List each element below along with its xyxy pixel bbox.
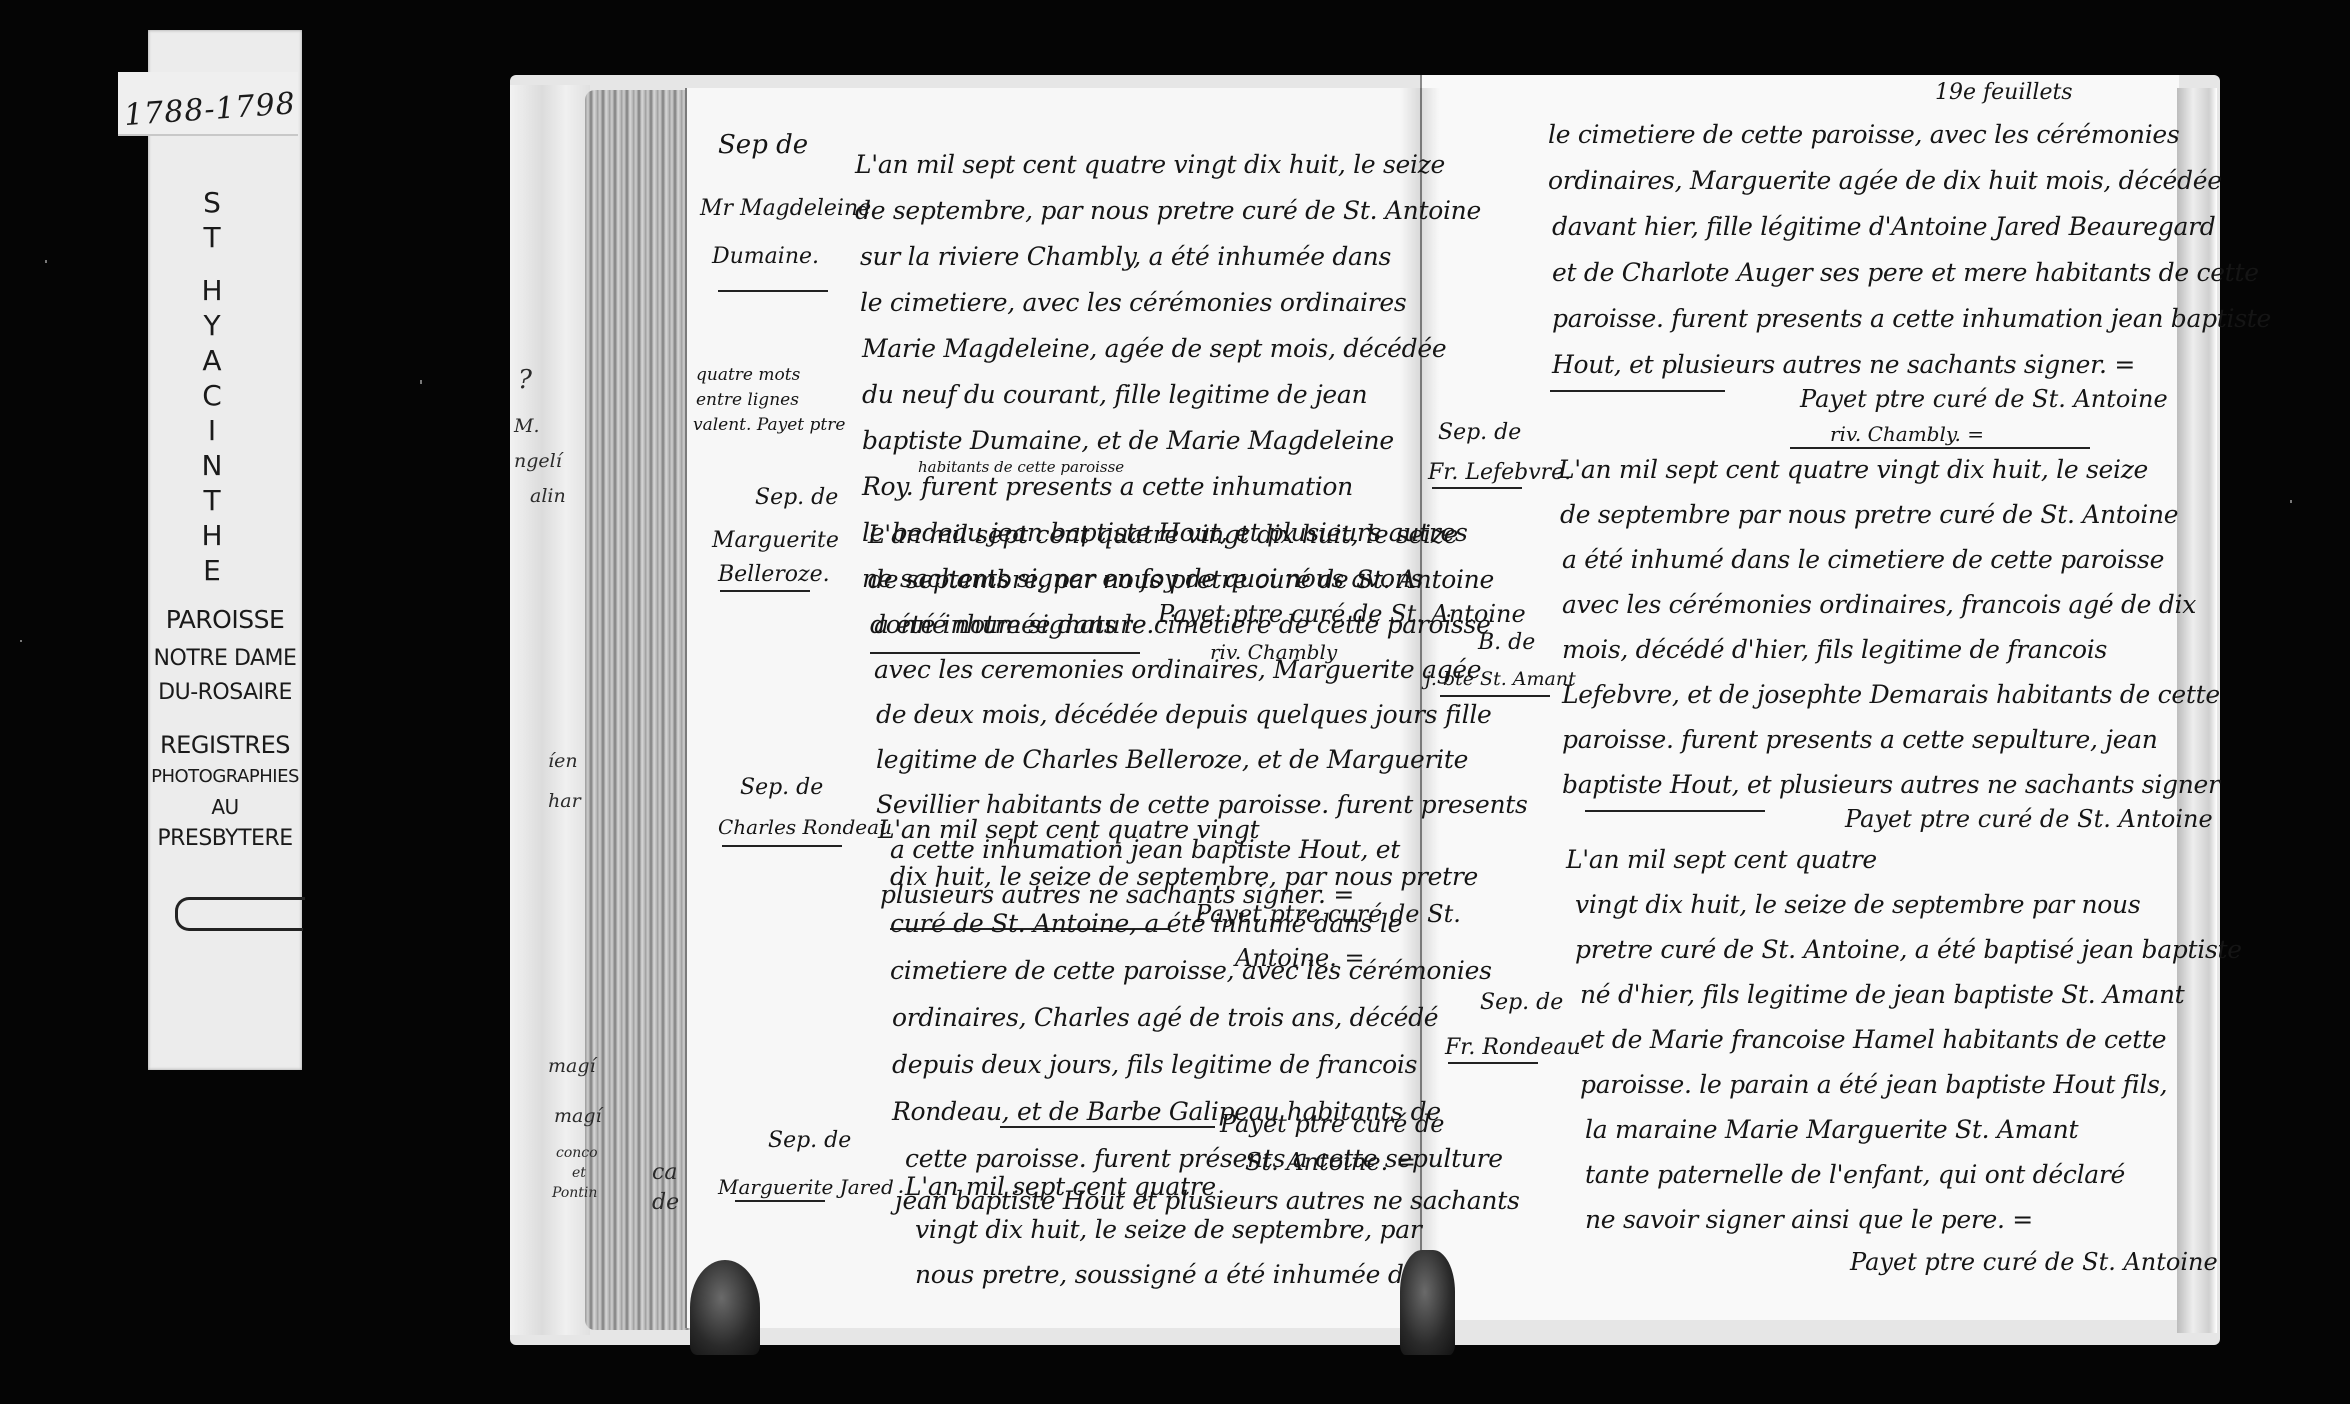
record-line: Marie Magdeleine, agée de sept mois, déc… [862,334,1446,363]
record-line: davant hier, fille légitime d'Antoine Ja… [1552,212,2215,241]
record-line: paroisse. le parain a été jean baptiste … [1580,1070,2167,1099]
record-line: du neuf du courant, fille legitime de je… [862,380,1367,409]
record-line: a été inhumé dans le cimetiere de cette … [1562,545,2164,574]
record-line: paroisse. furent presents a cette sepult… [1562,725,2158,754]
edge-fragment: et [572,1165,586,1181]
margin-note: Sep. de [740,775,823,800]
edge-fragment: magí [548,1055,596,1077]
record-line: le cimetiere de cette paroisse, avec les… [1548,120,2179,149]
scan-noise [20,640,22,642]
edge-fragment: íen [548,750,578,772]
margin-note: B. de [1478,630,1535,655]
record-line: vingt dix huit, le seize de septembre, p… [915,1215,1422,1244]
record-line: et de Marie francoise Hamel habitants de… [1580,1025,2166,1054]
record-line: et de Charlote Auger ses pere et mere ha… [1552,258,2259,287]
scan-noise [2290,500,2292,503]
record-line: né d'hier, fils legitime de jean baptist… [1580,980,2184,1009]
label-text: PAROISSE NOTRE DAME DU-ROSAIRE REGISTRES… [148,598,302,856]
record-line: a été inhumée dans le cimetiere de cette… [874,610,1491,639]
record-line: L'an mil sept cent quatre [1566,845,1877,874]
entry-divider [870,652,1140,654]
record-line: L'an mil sept cent quatre vingt [878,815,1259,844]
record-line: tante paternelle de l'enfant, qui ont dé… [1585,1160,2125,1189]
priest-signature: Payet ptre curé de St. Antoine [1845,805,2213,833]
margin-note: entre lignes [696,390,799,410]
parish-name-vertical: S T H Y A C I N T H E [162,185,262,588]
margin-note: Charles Rondeau [718,815,892,839]
folio-number: 19e feuillets [1935,80,2073,105]
thumb [1400,1250,1455,1355]
edge-fragment: ca [652,1160,677,1185]
margin-note: Mr Magdeleine [700,196,871,221]
edge-fragment: Pontin [552,1185,597,1201]
margin-note: Sep. de [768,1128,851,1153]
edge-fragment: ? [518,365,532,395]
paperclip-icon [175,897,303,931]
record-line: avec les cérémonies ordinaires, francois… [1562,590,2196,619]
record-line: nous pretre, soussigné a été inhumée dan… [915,1260,1446,1289]
margin-note: Sep de [718,130,808,160]
record-line: le cimetiere, avec les cérémonies ordina… [860,288,1406,317]
edge-fragment: har [548,790,581,812]
margin-note: quatre mots [696,365,800,385]
margin-note: j. bte St. Amant [1425,668,1576,690]
record-line: dix huit, le seize de septembre, par nou… [890,862,1478,891]
margin-underline [1440,695,1550,697]
edge-fragment: alin [530,485,566,507]
record-line: L'an mil sept cent quatre [905,1172,1216,1201]
record-line: baptiste Hout, et plusieurs autres ne sa… [1562,770,2220,799]
record-line: de septembre, par nous pretre curé de St… [855,196,1481,225]
margin-underline [735,1200,825,1202]
record-line: de deux mois, décédée depuis quelques jo… [876,700,1492,729]
signature-place: St. Antoine. = [1245,1148,1416,1176]
edge-fragment: conco [556,1145,598,1161]
signature-place: riv. Chambly. = [1830,422,1984,446]
record-line: avec les ceremonies ordinaires, Margueri… [874,655,1481,684]
margin-underline [722,845,842,847]
record-line: ordinaires, Charles agé de trois ans, dé… [892,1003,1438,1032]
margin-note: Dumaine. [712,244,819,269]
record-line: ne savoir signer ainsi que le pere. = [1585,1205,2033,1234]
record-line: ordinaires, Marguerite agée de dix huit … [1548,166,2222,195]
margin-note: Sep. de [1480,990,1563,1015]
record-line: baptiste Dumaine, et de Marie Magdeleine [862,426,1394,455]
margin-underline [1432,487,1522,489]
edge-fragment: de [652,1190,679,1215]
margin-note: valent. Payet ptre [693,415,845,435]
record-line: pretre curé de St. Antoine, a été baptis… [1575,935,2242,964]
record-line: Hout, et plusieurs autres ne sachants si… [1552,350,2135,379]
page-stack [585,90,690,1330]
entry-divider [1000,1126,1215,1128]
record-line: la maraine Marie Marguerite St. Amant [1585,1115,2078,1144]
record-line: vingt dix huit, le seize de septembre pa… [1575,890,2140,919]
margin-note: Marguerite [712,528,839,553]
scan-noise [420,380,422,384]
margin-note: Fr. Lefebvre. [1428,460,1571,485]
margin-underline [1448,1062,1538,1064]
scan-noise [45,260,47,263]
margin-note: Belleroze. [718,562,830,587]
record-line: L'an mil sept cent quatre vingt dix huit… [868,520,1458,549]
record-line: cimetiere de cette paroisse, avec les cé… [890,956,1492,985]
margin-underline [720,590,810,592]
record-line: mois, décédé d'hier, fils legitime de fr… [1562,635,2107,664]
priest-signature: Payet ptre curé de [1220,1110,1445,1138]
margin-note: Fr. Rondeau [1445,1035,1581,1060]
record-line: Lefebvre, et de josephte Demarais habita… [1562,680,2220,709]
edge-fragment: magí [554,1105,602,1127]
priest-signature: Payet ptre curé de St. Antoine [1850,1248,2218,1276]
record-line: sur la riviere Chambly, a été inhumée da… [860,242,1391,271]
margin-underline [718,290,828,292]
edge-fragment: ngelí [514,450,562,472]
edge-fragment: M. [514,415,540,437]
record-line: depuis deux jours, fils legitime de fran… [892,1050,1417,1079]
margin-note: Marguerite Jared [718,1175,894,1199]
record-line: L'an mil sept cent quatre vingt dix huit… [1558,455,2148,484]
record-line: legitime de Charles Belleroze, et de Mar… [876,745,1468,774]
entry-divider [1585,810,1765,812]
record-line: paroisse. furent presents a cette inhuma… [1552,304,2271,333]
entry-divider [1550,390,1725,392]
margin-note: Sep. de [1438,420,1521,445]
record-line: Roy. furent presents a cette inhumation [862,472,1353,501]
record-line: de septembre par nous pretre curé de St.… [1560,500,2178,529]
margin-note: Sep. de [755,485,838,510]
record-line: de septembre, par nous pretre curé de St… [868,565,1494,594]
record-line: curé de St. Antoine, a été inhumé dans l… [890,909,1402,938]
priest-signature: Payet ptre curé de St. Antoine [1800,385,2168,413]
record-line: L'an mil sept cent quatre vingt dix huit… [855,150,1445,179]
entry-divider [1790,447,2090,449]
thumb [690,1260,760,1355]
